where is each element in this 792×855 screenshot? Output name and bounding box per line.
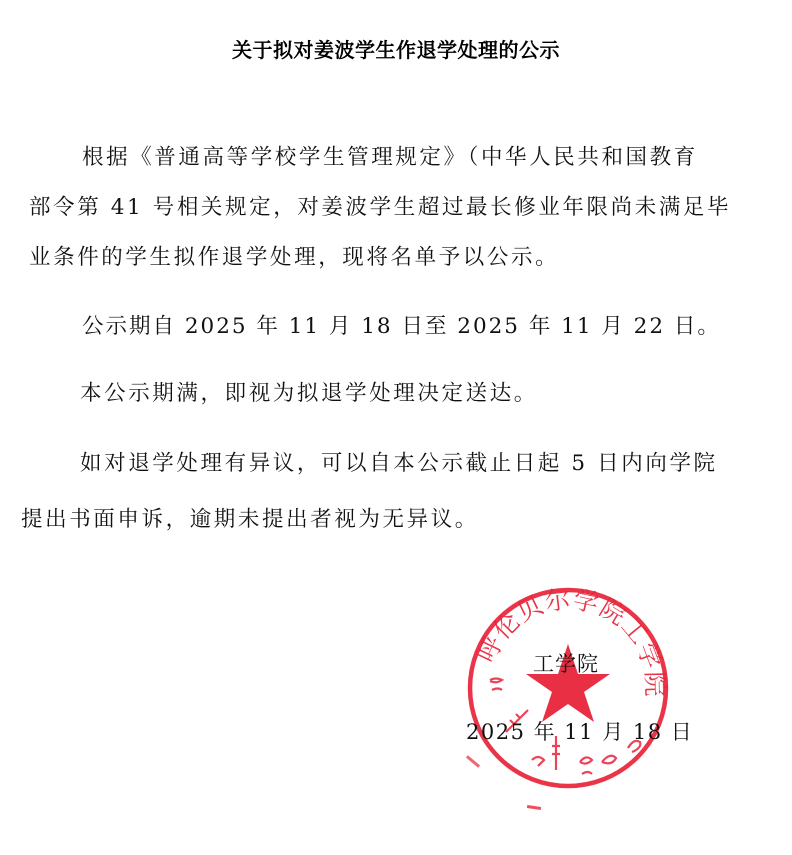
paragraph-line: 本公示期满，即视为拟退学处理决定送达。 bbox=[80, 376, 538, 407]
paragraph-line: 如对退学处理有异议，可以自本公示截止日起 5 日内向学院 bbox=[80, 446, 718, 477]
official-seal-stamp: 呼伦贝尔学院工学院 bbox=[462, 582, 674, 794]
paragraph-line: 提出书面申诉，逾期未提出者视为无异议。 bbox=[21, 502, 479, 533]
paragraph-line: 公示期自 2025 年 11 月 18 日至 2025 年 11 月 22 日。 bbox=[82, 309, 721, 340]
document-title: 关于拟对姜波学生作退学处理的公示 bbox=[0, 34, 792, 63]
paragraph-line: 根据《普通高等学校学生管理规定》（中华人民共和国教育 bbox=[82, 140, 698, 171]
paragraph-line: 业条件的学生拟作退学处理，现将名单予以公示。 bbox=[29, 240, 559, 271]
stamp-ink-mark bbox=[527, 805, 541, 810]
signature-department: 工学院 bbox=[533, 648, 599, 678]
signature-date: 2025 年 11 月 18 日 bbox=[466, 716, 693, 746]
paragraph-line: 部令第 41 号相关规定，对姜波学生超过最长修业年限尚未满足毕 bbox=[29, 190, 731, 221]
